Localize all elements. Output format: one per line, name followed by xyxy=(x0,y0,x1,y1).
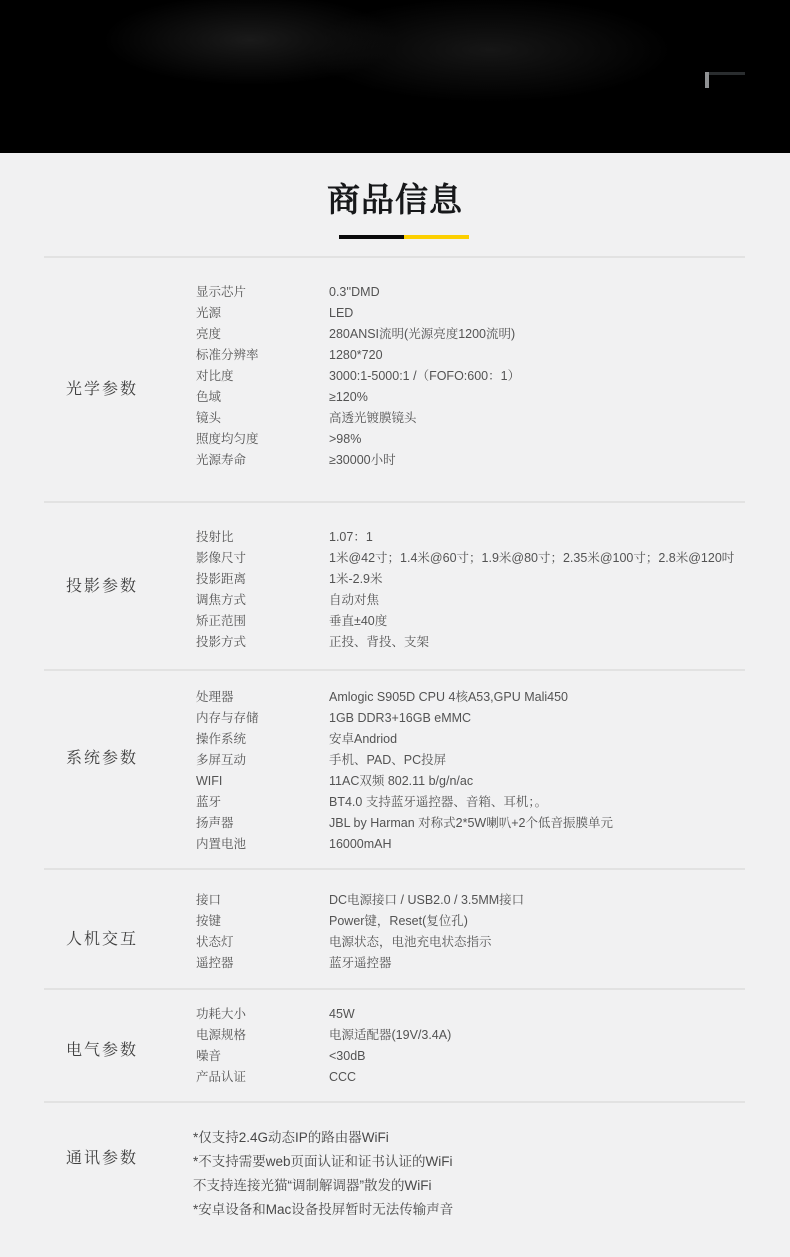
spec-label: 调焦方式 xyxy=(196,590,329,611)
spec-row: 操作系统安卓Andriod xyxy=(44,729,745,750)
spec-row: 影像尺寸1米@42寸；1.4米@60寸；1.9米@80寸；2.35米@100寸；… xyxy=(44,548,745,569)
spec-row: 矫正范围垂直±40度 xyxy=(44,611,745,632)
spec-row: 蓝牙BT4.0 支持蓝牙遥控器、音箱、耳机；。 xyxy=(44,792,745,813)
spec-value: 1.07：1 xyxy=(329,527,745,548)
spec-row: 投影距离1米-2.9米 xyxy=(44,569,745,590)
spec-label: 产品认证 xyxy=(196,1067,329,1088)
spec-label: 镜头 xyxy=(196,408,329,429)
spec-row: WIFI11AC双频 802.11 b/g/n/ac xyxy=(44,771,745,792)
title-underline xyxy=(339,235,469,239)
spec-note: 不支持连接光猫“调制解调器”散发的WiFi xyxy=(193,1174,745,1198)
spec-row: 多屏互动手机、PAD、PC投屏 xyxy=(44,750,745,771)
spec-note: *安卓设备和Mac设备投屏暂时无法传输声音 xyxy=(193,1198,745,1222)
banner-logo-mark-horizontal xyxy=(709,72,745,75)
spec-label: 矫正范围 xyxy=(196,611,329,632)
spec-row: 内置电池16000mAH xyxy=(44,834,745,855)
spec-value: 安卓Andriod xyxy=(329,729,745,750)
spec-label: 光源寿命 xyxy=(196,450,329,471)
spec-note: *不支持需要web页面认证和证书认证的WiFi xyxy=(193,1150,745,1174)
spec-value: 自动对焦 xyxy=(329,590,745,611)
spec-label: 噪音 xyxy=(196,1046,329,1067)
spec-label: 光源 xyxy=(196,303,329,324)
spec-row: 调焦方式自动对焦 xyxy=(44,590,745,611)
spec-value: Power键，Reset(复位孔) xyxy=(329,911,745,932)
spec-value: CCC xyxy=(329,1067,745,1088)
spec-label: 操作系统 xyxy=(196,729,329,750)
page-title: 商品信息 xyxy=(0,181,790,219)
section-title: 电气参数 xyxy=(66,1040,138,1062)
spec-label: 标准分辨率 xyxy=(196,345,329,366)
product-banner-image xyxy=(0,0,790,153)
spec-value: ≥120% xyxy=(329,387,745,408)
spec-value: ≥30000小时 xyxy=(329,450,745,471)
spec-label: 电源规格 xyxy=(196,1025,329,1046)
spec-row: 产品认证CCC xyxy=(44,1067,745,1088)
spec-value: 蓝牙遥控器 xyxy=(329,953,745,974)
spec-label: WIFI xyxy=(196,771,329,792)
spec-row: 处理器Amlogic S905D CPU 4核A53,GPU Mali450 xyxy=(44,687,745,708)
spec-value: DC电源接口 / USB2.0 / 3.5MM接口 xyxy=(329,890,745,911)
spec-label: 功耗大小 xyxy=(196,1004,329,1025)
spec-label: 内存与存储 xyxy=(196,708,329,729)
spec-label: 色域 xyxy=(196,387,329,408)
spec-row: 光源寿命≥30000小时 xyxy=(44,450,745,471)
product-info-page: 商品信息 光学参数显示芯片0.3''DMD光源LED亮度280ANSI流明(光源… xyxy=(0,0,790,1257)
spec-value: BT4.0 支持蓝牙遥控器、音箱、耳机；。 xyxy=(329,792,745,813)
spec-value: 电源状态，电池充电状态指示 xyxy=(329,932,745,953)
spec-value: Amlogic S905D CPU 4核A53,GPU Mali450 xyxy=(329,687,745,708)
spec-value: 垂直±40度 xyxy=(329,611,745,632)
spec-section-3: 系统参数处理器Amlogic S905D CPU 4核A53,GPU Mali4… xyxy=(44,669,745,869)
section-title: 投影参数 xyxy=(66,576,138,598)
spec-label: 显示芯片 xyxy=(196,282,329,303)
spec-label: 扬声器 xyxy=(196,813,329,834)
title-underline-black xyxy=(339,235,404,239)
spec-row: 遥控器蓝牙遥控器 xyxy=(44,953,745,974)
spec-row: 投影方式正投、背投、支架 xyxy=(44,632,745,653)
spec-value: JBL by Harman 对称式2*5W喇叭+2个低音振膜单元 xyxy=(329,813,745,834)
spec-value: LED xyxy=(329,303,745,324)
spec-label: 多屏互动 xyxy=(196,750,329,771)
spec-label: 内置电池 xyxy=(196,834,329,855)
title-underline-yellow xyxy=(404,235,469,239)
spec-label: 亮度 xyxy=(196,324,329,345)
spec-row: 按键Power键，Reset(复位孔) xyxy=(44,911,745,932)
spec-section-2: 投影参数投射比1.07：1影像尺寸1米@42寸；1.4米@60寸；1.9米@80… xyxy=(44,501,745,670)
spec-row: 色域≥120% xyxy=(44,387,745,408)
spec-value: 高透光镀膜镜头 xyxy=(329,408,745,429)
spec-row: 内存与存储1GB DDR3+16GB eMMC xyxy=(44,708,745,729)
spec-value: 11AC双频 802.11 b/g/n/ac xyxy=(329,771,745,792)
spec-section-4: 人机交互接口DC电源接口 / USB2.0 / 3.5MM接口按键Power键，… xyxy=(44,868,745,989)
spec-note: *仅支持2.4G动态IP的路由器WiFi xyxy=(193,1126,745,1150)
spec-row: 电源规格电源适配器(19V/3.4A) xyxy=(44,1025,745,1046)
spec-row: 亮度280ANSI流明(光源亮度1200流明) xyxy=(44,324,745,345)
spec-value: 3000:1-5000:1 /（FOFO:600：1） xyxy=(329,366,745,387)
spec-row: 噪音<30dB xyxy=(44,1046,745,1067)
spec-label: 处理器 xyxy=(196,687,329,708)
spec-row: 功耗大小45W xyxy=(44,1004,745,1025)
spec-value: 1280*720 xyxy=(329,345,745,366)
spec-label: 照度均匀度 xyxy=(196,429,329,450)
spec-label: 按键 xyxy=(196,911,329,932)
spec-row: 扬声器JBL by Harman 对称式2*5W喇叭+2个低音振膜单元 xyxy=(44,813,745,834)
spec-section-5: 电气参数功耗大小45W电源规格电源适配器(19V/3.4A)噪音<30dB产品认… xyxy=(44,988,745,1102)
spec-label: 状态灯 xyxy=(196,932,329,953)
spec-value: 电源适配器(19V/3.4A) xyxy=(329,1025,745,1046)
section-title: 通讯参数 xyxy=(66,1148,138,1170)
spec-row: 投射比1.07：1 xyxy=(44,527,745,548)
spec-label: 蓝牙 xyxy=(196,792,329,813)
section-title: 人机交互 xyxy=(66,929,138,951)
spec-row: 光源LED xyxy=(44,303,745,324)
spec-value: 16000mAH xyxy=(329,834,745,855)
section-title: 系统参数 xyxy=(66,748,138,770)
spec-value: 1米@42寸；1.4米@60寸；1.9米@80寸；2.35米@100寸；2.8米… xyxy=(329,548,745,569)
spec-label: 投影距离 xyxy=(196,569,329,590)
spec-row: 对比度3000:1-5000:1 /（FOFO:600：1） xyxy=(44,366,745,387)
spec-value: 1GB DDR3+16GB eMMC xyxy=(329,708,745,729)
spec-value: 手机、PAD、PC投屏 xyxy=(329,750,745,771)
spec-value: 280ANSI流明(光源亮度1200流明) xyxy=(329,324,745,345)
spec-value: >98% xyxy=(329,429,745,450)
section-title: 光学参数 xyxy=(66,379,138,401)
spec-label: 对比度 xyxy=(196,366,329,387)
spec-value: 45W xyxy=(329,1004,745,1025)
spec-value: 1米-2.9米 xyxy=(329,569,745,590)
spec-section-6: 通讯参数*仅支持2.4G动态IP的路由器WiFi*不支持需要web页面认证和证书… xyxy=(44,1101,745,1257)
spec-label: 影像尺寸 xyxy=(196,548,329,569)
spec-row: 显示芯片0.3''DMD xyxy=(44,282,745,303)
spec-row: 照度均匀度>98% xyxy=(44,429,745,450)
spec-value: 正投、背投、支架 xyxy=(329,632,745,653)
spec-value: 0.3''DMD xyxy=(329,282,745,303)
spec-row: 镜头高透光镀膜镜头 xyxy=(44,408,745,429)
spec-section-1: 光学参数显示芯片0.3''DMD光源LED亮度280ANSI流明(光源亮度120… xyxy=(44,256,745,502)
spec-row: 状态灯电源状态，电池充电状态指示 xyxy=(44,932,745,953)
spec-label: 投影方式 xyxy=(196,632,329,653)
spec-row: 标准分辨率1280*720 xyxy=(44,345,745,366)
spec-label: 投射比 xyxy=(196,527,329,548)
spec-label: 接口 xyxy=(196,890,329,911)
spec-value: <30dB xyxy=(329,1046,745,1067)
spec-label: 遥控器 xyxy=(196,953,329,974)
spec-row: 接口DC电源接口 / USB2.0 / 3.5MM接口 xyxy=(44,890,745,911)
